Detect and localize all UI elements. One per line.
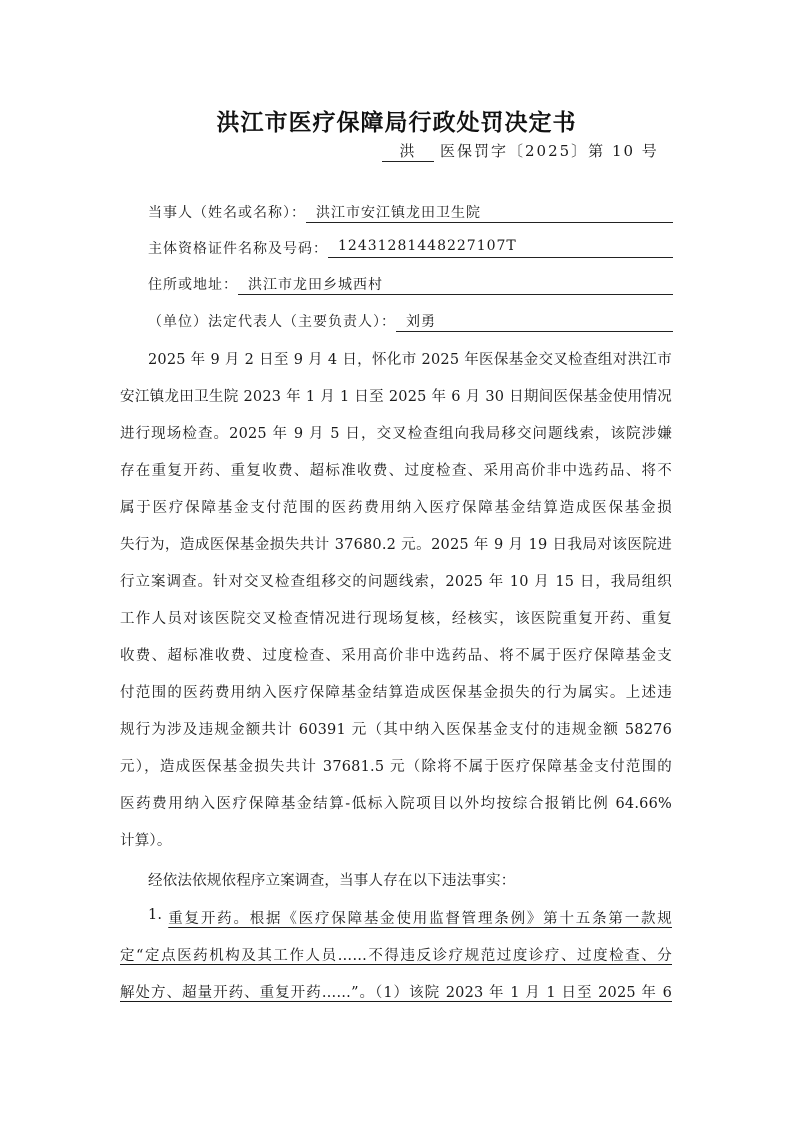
field-license-number: 主体资格证件名称及号码： 12431281448227107T [148, 238, 673, 258]
field-label: 当事人（姓名或名称）： [148, 202, 306, 223]
paragraph-line: 安江镇龙田卫生院 2023 年 1 月 1 日至 2025 年 6 月 30 日… [120, 385, 672, 406]
field-value: 刘勇 [396, 311, 673, 332]
field-label: （单位）法定代表人（主要负责人）： [148, 311, 396, 332]
item-first-line: 1. 重复开药。根据《医疗保障基金使用监督管理条例》第十五条第一款规 [148, 907, 672, 928]
field-party-name: 当事人（姓名或名称）： 洪江市安江镇龙田卫生院 [148, 202, 673, 223]
paragraph-line: 存在重复开药、重复收费、超标准收费、过度检查、采用高价非中选药品、将不 [120, 459, 672, 480]
paragraph-line: 2025 年 9 月 2 日至 9 月 4 日，怀化市 2025 年医保基金交叉… [148, 348, 672, 369]
paragraph-line: 失行为，造成医保基金损失共计 37680.2 元。2025 年 9 月 19 日… [120, 533, 672, 554]
item-line: 定“定点医药机构及其工作人员……不得违反诊疗规范过度诊疗、过度检查、分 [120, 944, 672, 965]
paragraph-line: 进行现场检查。2025 年 9 月 5 日，交叉检查组向我局移交问题线索，该院涉… [120, 422, 672, 443]
paragraph-investigation-intro: 经依法依规依程序立案调查，当事人存在以下违法事实： [148, 869, 672, 890]
paragraph-line: 工作人员对该医院交叉检查情况进行现场复核，经核实，该医院重复开药、重复 [120, 607, 672, 628]
paragraph-line: 收费、超标准收费、过度检查、采用高价非中选药品、将不属于医疗保障基金支 [120, 644, 672, 665]
paragraph-line: 行立案调查。针对交叉检查组移交的问题线索，2025 年 10 月 15 日，我局… [120, 570, 672, 591]
doc-number-text: 医保罚字〔2025〕第 10 号 [440, 142, 659, 160]
item-line: 重复开药。根据《医疗保障基金使用监督管理条例》第十五条第一款规 [168, 907, 672, 928]
document-number: 洪医保罚字〔2025〕第 10 号 [382, 140, 659, 162]
field-label: 住所或地址： [148, 274, 238, 295]
field-value: 洪江市安江镇龙田卫生院 [306, 202, 673, 223]
field-value: 12431281448227107T [328, 238, 673, 258]
field-address: 住所或地址： 洪江市龙田乡城西村 [148, 274, 673, 295]
paragraph-line: 计算）。 [120, 829, 672, 850]
field-label: 主体资格证件名称及号码： [148, 238, 328, 258]
paragraph-line: 医药费用纳入医疗保障基金结算-低标入院项目以外均按综合报销比例 64.66% [120, 792, 672, 813]
item-line: 解处方、超量开药、重复开药……”。（1）该院 2023 年 1 月 1 日至 2… [120, 981, 672, 1002]
paragraph-line: 元），造成医保基金损失共计 37681.5 元（除将不属于医疗保障基金支付范围的 [120, 755, 672, 776]
paragraph-line: 规行为涉及违规金额共计 60391 元（其中纳入医保基金支付的违规金额 5827… [120, 718, 672, 739]
item-number: 1. [148, 907, 162, 928]
doc-number-prefix: 洪 [382, 140, 434, 162]
document-title: 洪江市医疗保障局行政处罚决定书 [0, 104, 793, 137]
field-legal-representative: （单位）法定代表人（主要负责人）： 刘勇 [148, 311, 673, 332]
field-value: 洪江市龙田乡城西村 [238, 274, 673, 295]
paragraph-line: 付范围的医药费用纳入医疗保障基金结算造成医保基金损失的行为属实。上述违 [120, 681, 672, 702]
paragraph-line: 属于医疗保障基金支付范围的医药费用纳入医疗保障基金结算造成医保基金损 [120, 496, 672, 517]
